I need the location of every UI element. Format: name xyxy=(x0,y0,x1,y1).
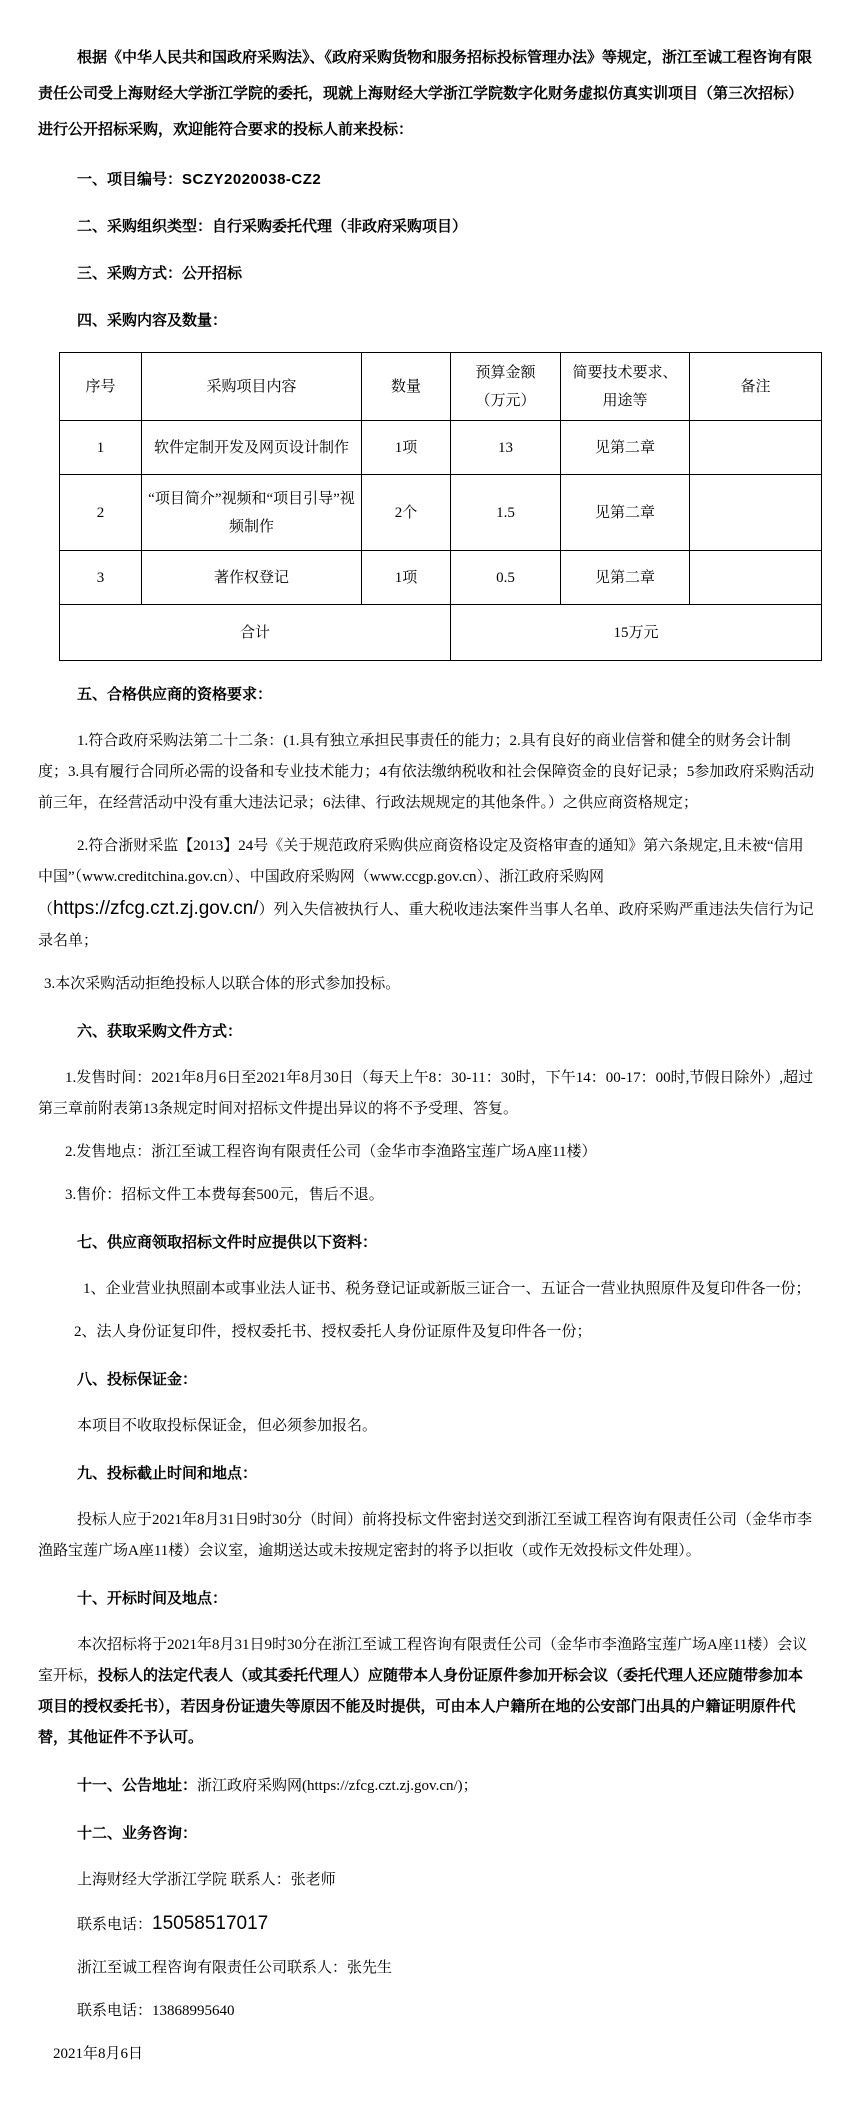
cell-budget: 0.5 xyxy=(451,551,561,605)
section-7-required-materials: 七、供应商领取招标文件时应提供以下资料： xyxy=(38,1227,817,1258)
section-1-project-number: 一、项目编号：SCZY2020038-CZ2 xyxy=(38,164,817,195)
cell-qty: 1项 xyxy=(362,421,451,475)
cell-tech: 见第二章 xyxy=(561,551,690,605)
phone-1: 联系电话：15058517017 xyxy=(38,1908,817,1941)
header-budget: 预算金额（万元） xyxy=(451,353,561,421)
procurement-items-table: 序号 采购项目内容 数量 预算金额（万元） 简要技术要求、用途等 备注 1 软件… xyxy=(59,352,822,661)
table-row: 1 软件定制开发及网页设计制作 1项 13 见第二章 xyxy=(60,421,822,475)
qualification-item-1: 1.符合政府采购法第二十二条：(1.具有独立承担民事责任的能力；2.具有良好的商… xyxy=(38,726,817,819)
header-tech: 简要技术要求、用途等 xyxy=(561,353,690,421)
qualification-item-3: 3.本次采购活动拒绝投标人以联合体的形式参加投标。 xyxy=(38,969,817,1000)
announcement-date: 2021年8月6日 xyxy=(38,2039,817,2070)
bid-bond-text: 本项目不收取投标保证金，但必须参加报名。 xyxy=(38,1411,817,1442)
section-11-announcement-address: 十一、公告地址：浙江政府采购网(https://zfcg.czt.zj.gov.… xyxy=(38,1770,817,1802)
header-seq: 序号 xyxy=(60,353,142,421)
table-header-row: 序号 采购项目内容 数量 预算金额（万元） 简要技术要求、用途等 备注 xyxy=(60,353,822,421)
qualification-item-2: 2.符合浙财采监【2013】24号《关于规范政府采购供应商资格设定及资格审查的通… xyxy=(38,831,817,957)
bid-opening-bold-requirement: 投标人的法定代表人（或其委托代理人）应随带本人身份证原件参加开标会议（委托代理人… xyxy=(38,1668,803,1746)
cell-seq: 3 xyxy=(60,551,142,605)
cell-qty: 1项 xyxy=(362,551,451,605)
contact-1: 上海财经大学浙江学院 联系人：张老师 xyxy=(38,1865,817,1896)
phone-1-number: 15058517017 xyxy=(152,1913,268,1934)
bid-opening-text: 本次招标将于2021年8月31日9时30分在浙江至诚工程咨询有限责任公司（金华市… xyxy=(38,1630,817,1754)
header-note: 备注 xyxy=(690,353,822,421)
cell-seq: 1 xyxy=(60,421,142,475)
tender-announcement-document: 根据《中华人民共和国政府采购法》、《政府采购货物和服务招标投标管理办法》等规定，… xyxy=(0,0,851,2070)
total-value: 15万元 xyxy=(451,605,822,661)
cell-item: 软件定制开发及网页设计制作 xyxy=(142,421,362,475)
section-3-procurement-method: 三、采购方式：公开招标 xyxy=(38,258,817,289)
section-12-business-consulting: 十二、业务咨询： xyxy=(38,1818,817,1849)
cell-qty: 2个 xyxy=(362,475,451,551)
table-row: 2 “项目简介”视频和“项目引导”视频制作 2个 1.5 见第二章 xyxy=(60,475,822,551)
intro-paragraph: 根据《中华人民共和国政府采购法》、《政府采购货物和服务招标投标管理办法》等规定，… xyxy=(38,40,817,148)
sale-time: 1.发售时间：2021年8月6日至2021年8月30日（每天上午8：30-11：… xyxy=(38,1063,817,1125)
cell-budget: 1.5 xyxy=(451,475,561,551)
table-total-row: 合计 15万元 xyxy=(60,605,822,661)
total-label: 合计 xyxy=(60,605,451,661)
phone-2: 联系电话：13868995640 xyxy=(38,1996,817,2027)
section-9-bid-deadline: 九、投标截止时间和地点： xyxy=(38,1458,817,1489)
table-row: 3 著作权登记 1项 0.5 见第二章 xyxy=(60,551,822,605)
header-item: 采购项目内容 xyxy=(142,353,362,421)
sale-location: 2.发售地点：浙江至诚工程咨询有限责任公司（金华市李渔路宝莲广场A座11楼） xyxy=(38,1137,817,1168)
section-10-bid-opening: 十、开标时间及地点： xyxy=(38,1583,817,1614)
zfcg-url-text: https://zfcg.czt.zj.gov.cn/ xyxy=(53,898,259,919)
phone-2-number: 13868995640 xyxy=(152,2003,235,2019)
section-2-organization-type: 二、采购组织类型：自行采购委托代理（非政府采购项目） xyxy=(38,211,817,242)
section-8-bid-bond: 八、投标保证金： xyxy=(38,1364,817,1395)
header-qty: 数量 xyxy=(362,353,451,421)
material-item-2: 2、法人身份证复印件，授权委托书、授权委托人身份证原件及复印件各一份； xyxy=(38,1317,817,1348)
section-6-document-acquisition: 六、获取采购文件方式： xyxy=(38,1016,817,1047)
material-item-1: 1、企业营业执照副本或事业法人证书、税务登记证或新版三证合一、五证合一营业执照原… xyxy=(38,1274,817,1305)
cell-note xyxy=(690,475,822,551)
bid-deadline-text: 投标人应于2021年8月31日9时30分（时间）前将投标文件密封送交到浙江至诚工… xyxy=(38,1505,817,1567)
cell-budget: 13 xyxy=(451,421,561,475)
contact-2: 浙江至诚工程咨询有限责任公司联系人：张先生 xyxy=(38,1953,817,1984)
cell-item: “项目简介”视频和“项目引导”视频制作 xyxy=(142,475,362,551)
section-4-content-quantity: 四、采购内容及数量： xyxy=(38,305,817,336)
cell-tech: 见第二章 xyxy=(561,475,690,551)
sale-price: 3.售价：招标文件工本费每套500元，售后不退。 xyxy=(38,1180,817,1211)
cell-note xyxy=(690,421,822,475)
cell-seq: 2 xyxy=(60,475,142,551)
cell-item: 著作权登记 xyxy=(142,551,362,605)
cell-note xyxy=(690,551,822,605)
section-5-supplier-qualifications: 五、合格供应商的资格要求： xyxy=(38,679,817,710)
announcement-url: 浙江政府采购网(https://zfcg.czt.zj.gov.cn/)； xyxy=(197,1778,478,1794)
project-number-value: SCZY2020038-CZ2 xyxy=(182,171,321,188)
cell-tech: 见第二章 xyxy=(561,421,690,475)
project-number-label: 一、项目编号： xyxy=(77,171,182,188)
